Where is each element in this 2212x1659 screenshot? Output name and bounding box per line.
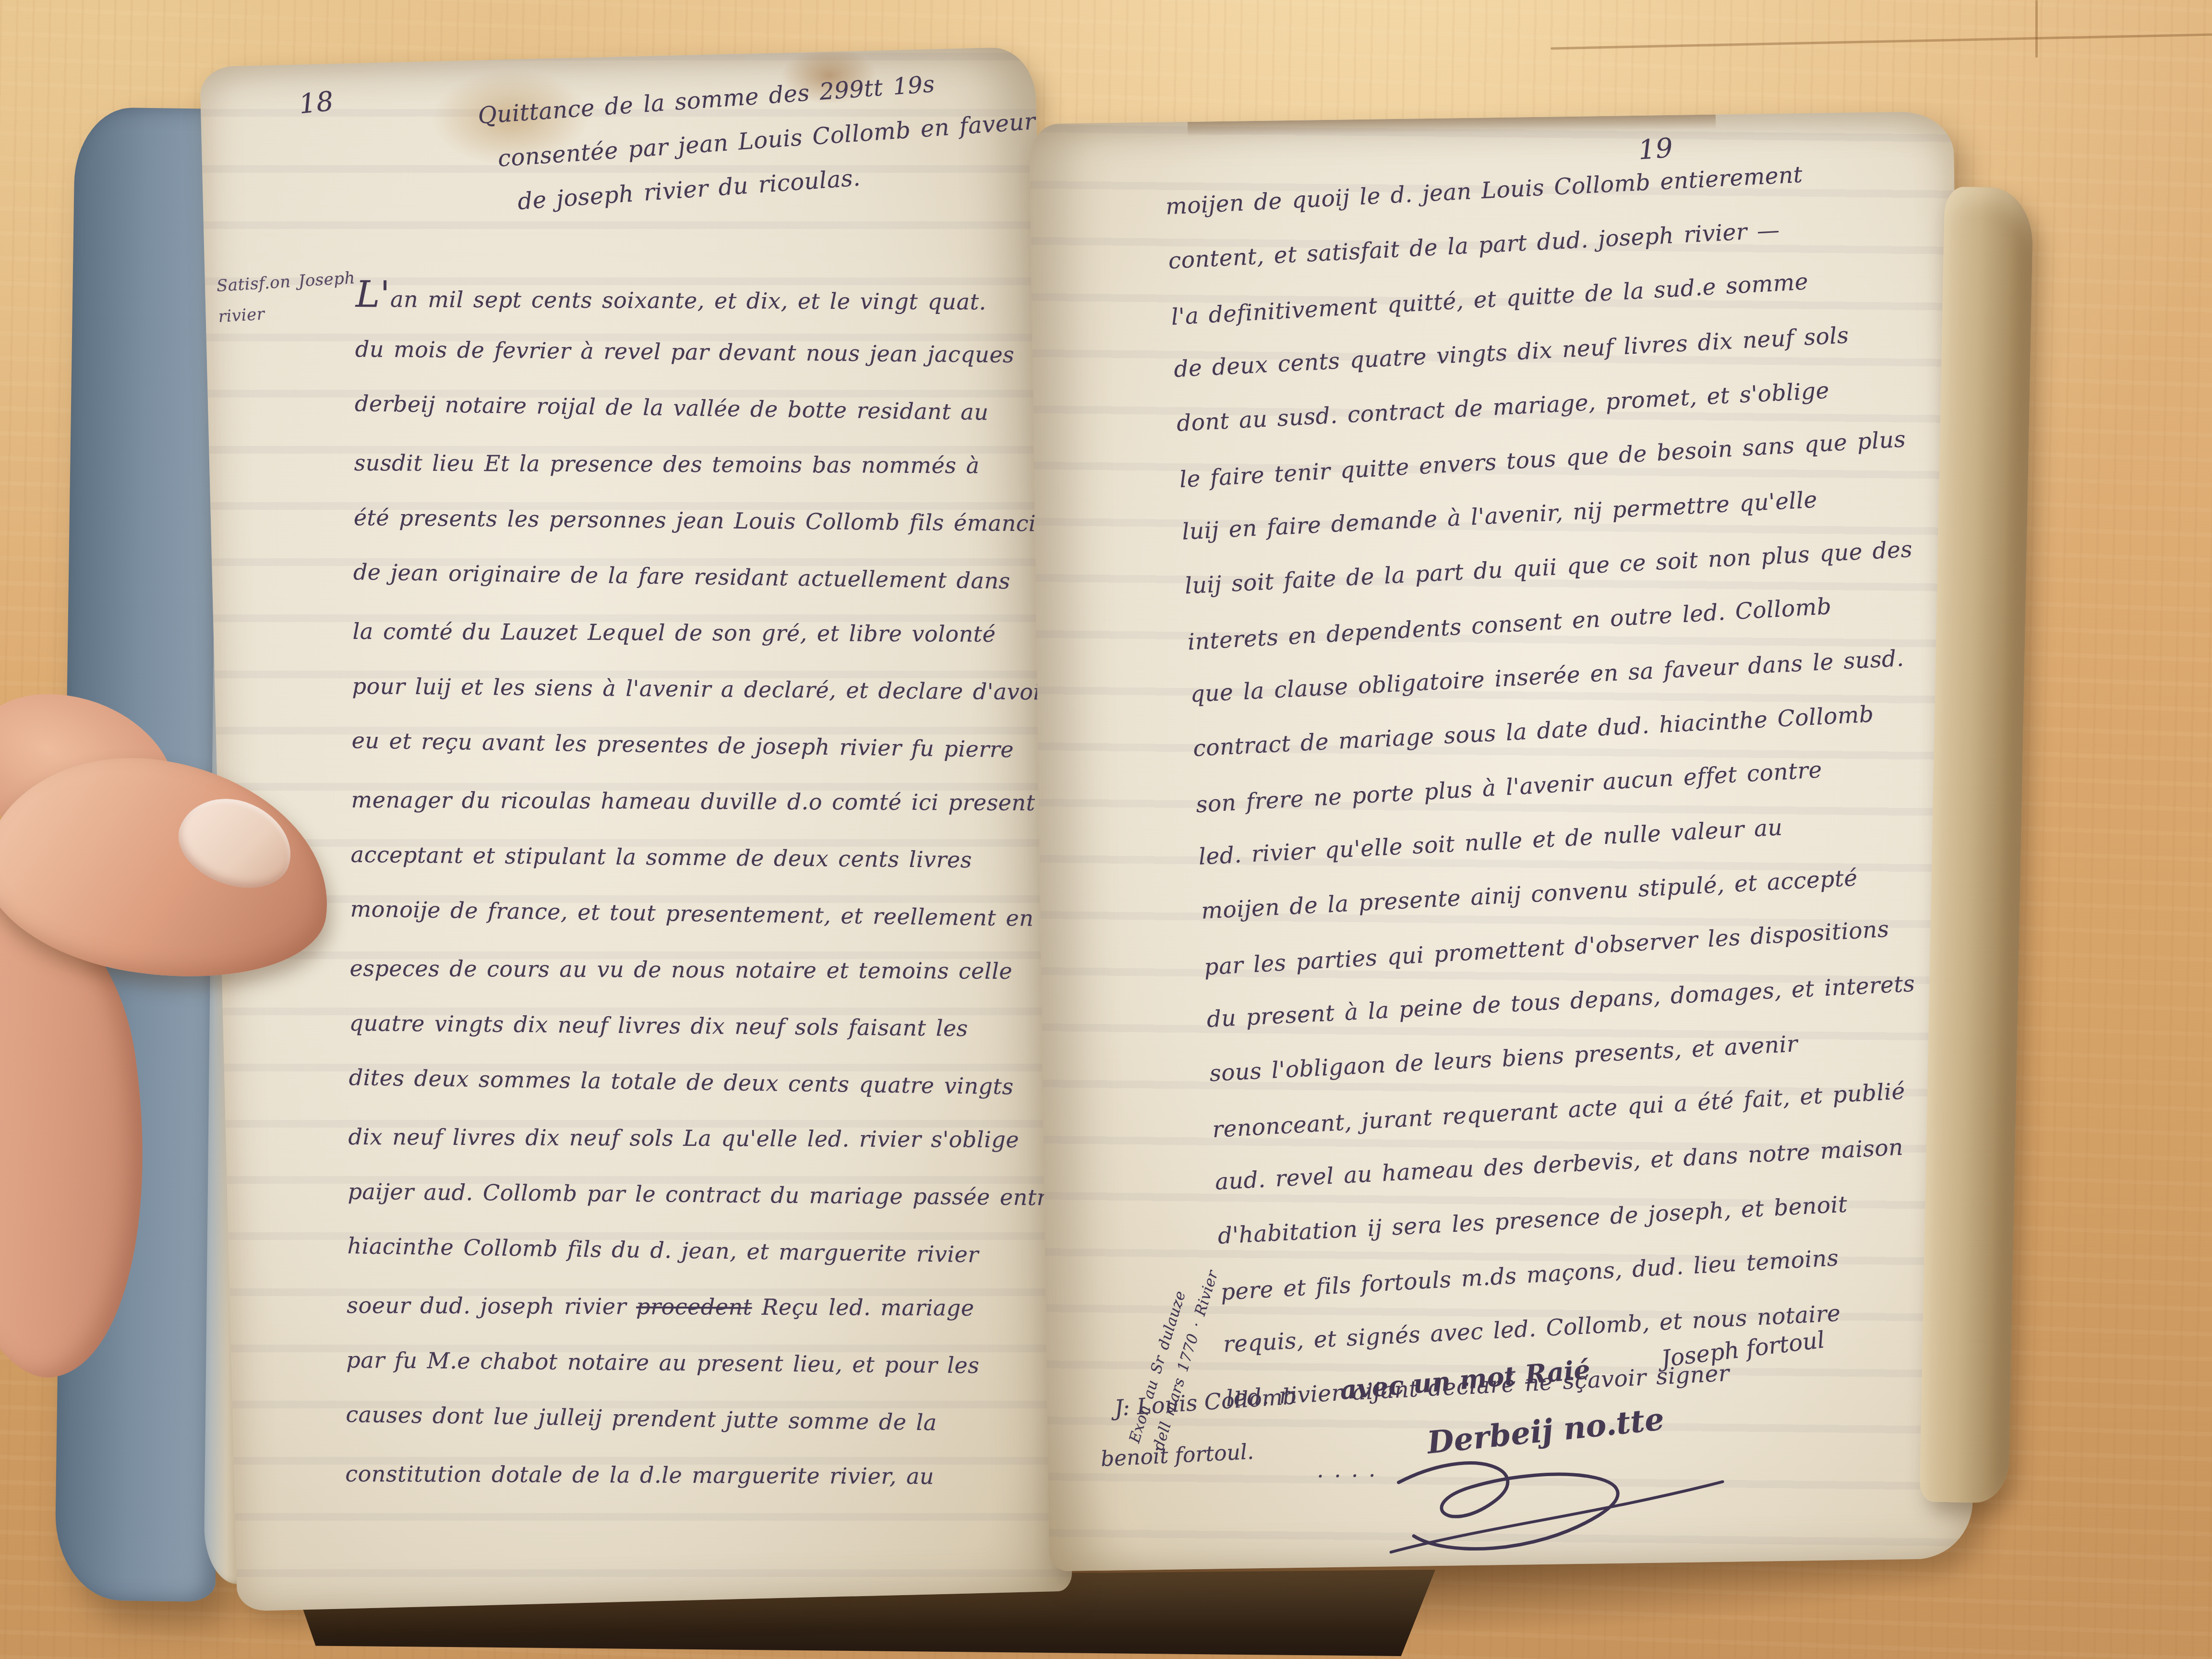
manuscript-line: derbeij notaire roijal de la vallée de b…	[354, 379, 1036, 445]
manuscript-line: especes de cours au vu de nous notaire e…	[349, 944, 1031, 1003]
manuscript-line: L'an mil sept cents soixante, et dix, et…	[356, 270, 1037, 329]
manuscript-line: monoije de france, et tout presentement,…	[350, 885, 1032, 950]
manuscript-line: la comté du Lauzet Lequel de son gré, et…	[352, 607, 1034, 666]
desk-board-joint	[2035, 0, 2038, 58]
manuscript-photo: 18 Quittance de la somme des 299tt 19s c…	[0, 0, 2212, 1659]
margin-note: Satisf.on Joseph rivier	[216, 263, 358, 332]
page-number-18: 18	[298, 86, 335, 120]
struck-word: procedent	[636, 1294, 752, 1320]
manuscript-line: soeur dud. joseph rivier procedent Reçu …	[347, 1281, 1028, 1340]
left-page-body: L'an mil sept cents soixante, et dix, et…	[345, 269, 1037, 1510]
manuscript-line: eu et reçu avant les presentes de joseph…	[351, 716, 1034, 782]
manuscript-line: menager du ricoulas hameau duville d.o c…	[351, 776, 1033, 835]
manuscript-line: pour luij et les siens à l'avenir a decl…	[352, 662, 1034, 724]
manuscript-line: causes dont lue julleij prendent jutte s…	[346, 1390, 1028, 1456]
signature-dots: ····	[1317, 1463, 1386, 1489]
left-page: 18 Quittance de la somme des 299tt 19s c…	[200, 47, 1072, 1611]
manuscript-line: constitution dotale de la d.le marguerit…	[345, 1450, 1027, 1509]
manuscript-line: du mois de fevrier à revel par devant no…	[355, 325, 1037, 387]
manuscript-line: de jean originaire de la fare residant a…	[353, 548, 1035, 613]
right-page: 19 moijen de quoij le d. jean Louis Coll…	[1029, 111, 1973, 1572]
manuscript-line: par fu M.e chabot notaire au present lie…	[346, 1336, 1028, 1398]
manuscript-line: acceptant et stipulant la somme de deux …	[350, 830, 1033, 892]
manuscript-line: hiacinthe Collomb fils du d. jean, et ma…	[347, 1222, 1029, 1287]
right-page-body: moijen de quoij le d. jean Louis Collomb…	[1165, 145, 1973, 1430]
manuscript-line: quatre vingts dix neuf livres dix neuf s…	[349, 999, 1031, 1061]
manuscript-line: dix neuf livres dix neuf sols La qu'elle…	[348, 1113, 1030, 1172]
manuscript-line: susdit lieu Et la presence des temoins b…	[354, 439, 1035, 498]
manuscript-line: paijer aud. Collomb par le contract du m…	[348, 1167, 1030, 1229]
signature-benoit-fortoul: benoit fortoul.	[1100, 1440, 1254, 1472]
manuscript-line: dites deux sommes la totale de deux cent…	[349, 1053, 1031, 1119]
manuscript-line: été presents les personnes jean Louis Co…	[353, 493, 1035, 555]
notary-paraph-flourish	[1384, 1454, 1731, 1569]
